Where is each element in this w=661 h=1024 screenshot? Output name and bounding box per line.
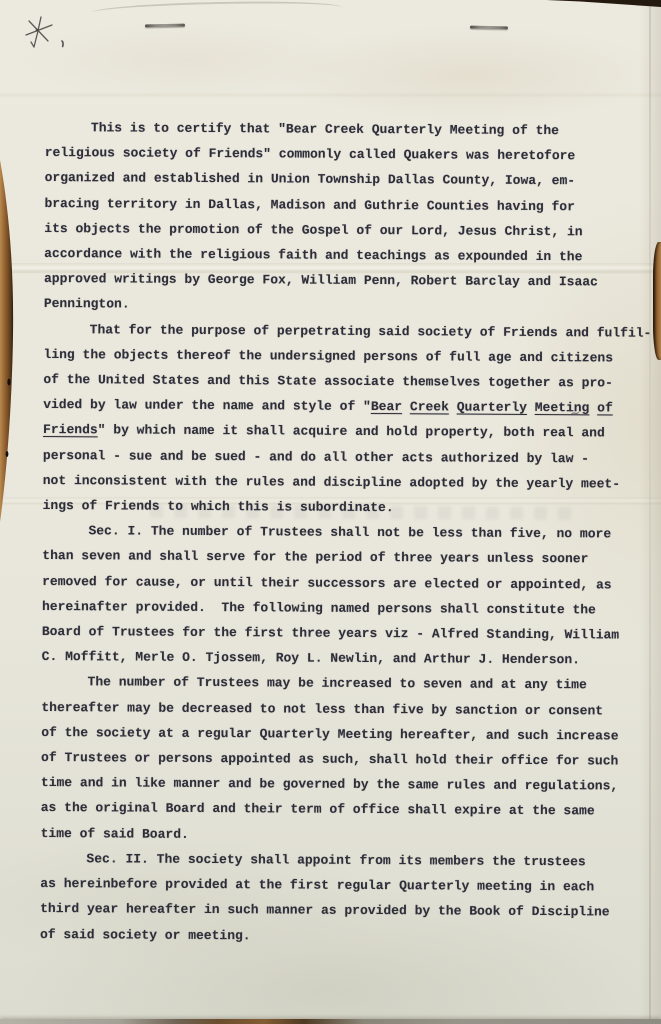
- text-line: approved writings by George Fox, William…: [44, 266, 644, 295]
- text-line: ings of Friends to which this is subordi…: [43, 493, 643, 522]
- staple-icon: [145, 24, 185, 28]
- text-line: C. Moffitt, Merle O. Tjossem, Roy L. New…: [42, 644, 642, 673]
- text-line: That for the purpose of perpetrating sai…: [44, 317, 644, 346]
- text-line: as hereinbefore provided at the first re…: [40, 871, 640, 900]
- text-line: Friends" by which name it shall acquire …: [43, 417, 643, 446]
- text-line: Sec. II. The society shall appoint from …: [40, 846, 640, 875]
- scan-background: ~ This is to certify that "Bear Creek Qu…: [0, 0, 661, 1024]
- table-edge-left: [0, 150, 16, 530]
- text-line: organized and established in Union Towns…: [45, 165, 645, 194]
- paper-crease: [0, 92, 661, 98]
- paragraph: This is to certify that "Bear Creek Quar…: [44, 115, 645, 320]
- text-line: not inconsistent with the rules and disc…: [43, 468, 643, 497]
- pencil-scribble-mark: [22, 14, 70, 56]
- paragraph: The number of Trustees may be increased …: [41, 669, 642, 849]
- text-line: its objects the promotion of the Gospel …: [44, 216, 644, 245]
- table-edge-bottom: [0, 1019, 661, 1024]
- text-line: religious society of Friends" commonly c…: [45, 140, 645, 169]
- text-line: bracing territory in Dallas, Madison and…: [44, 191, 644, 220]
- text-line: This is to certify that "Bear Creek Quar…: [45, 115, 645, 144]
- text-line: hereinafter provided. The following name…: [42, 594, 642, 623]
- paragraph: Sec. I. The number of Trustees shall not…: [42, 518, 643, 673]
- text-line: of the United States and this State asso…: [43, 367, 643, 396]
- text-line: Pennington.: [44, 291, 644, 320]
- text-line: Sec. I. The number of Trustees shall not…: [42, 518, 642, 547]
- text-line: Board of Trustees for the first three ye…: [42, 619, 642, 648]
- text-line: removed for cause, or until their succes…: [42, 569, 642, 598]
- paragraph: That for the purpose of perpetrating sai…: [43, 317, 644, 522]
- paragraph: Sec. II. The society shall appoint from …: [40, 846, 641, 950]
- text-line: The number of Trustees may be increased …: [41, 669, 641, 698]
- document-page: ~ This is to certify that "Bear Creek Qu…: [0, 0, 661, 1024]
- text-line: of said society or meeting.: [40, 921, 640, 950]
- text-line: thereafter may be decreased to not less …: [41, 695, 641, 724]
- text-line: third year hereafter in such manner as p…: [40, 896, 640, 925]
- text-line: vided by law under the name and style of…: [43, 392, 643, 421]
- staple-icon: [470, 26, 508, 30]
- text-line: accordance with the religious faith and …: [44, 241, 644, 270]
- text-line: personal - sue and be sued - and do all …: [43, 443, 643, 472]
- paper-top-fold-line: [92, 0, 342, 21]
- text-line: as the original Board and their term of …: [41, 795, 641, 824]
- document-body: This is to certify that "Bear Creek Quar…: [40, 115, 645, 950]
- text-line: of Trustees or persons appointed as such…: [41, 745, 641, 774]
- text-line: than seven and shall serve for the perio…: [42, 543, 642, 572]
- text-line: of the society at a regular Quarterly Me…: [41, 720, 641, 749]
- text-line: time and in like manner and be governed …: [41, 770, 641, 799]
- text-line: ling the objects thereof the undersigned…: [43, 342, 643, 371]
- table-edge-right: [653, 242, 661, 360]
- text-line: time of said Board.: [41, 821, 641, 850]
